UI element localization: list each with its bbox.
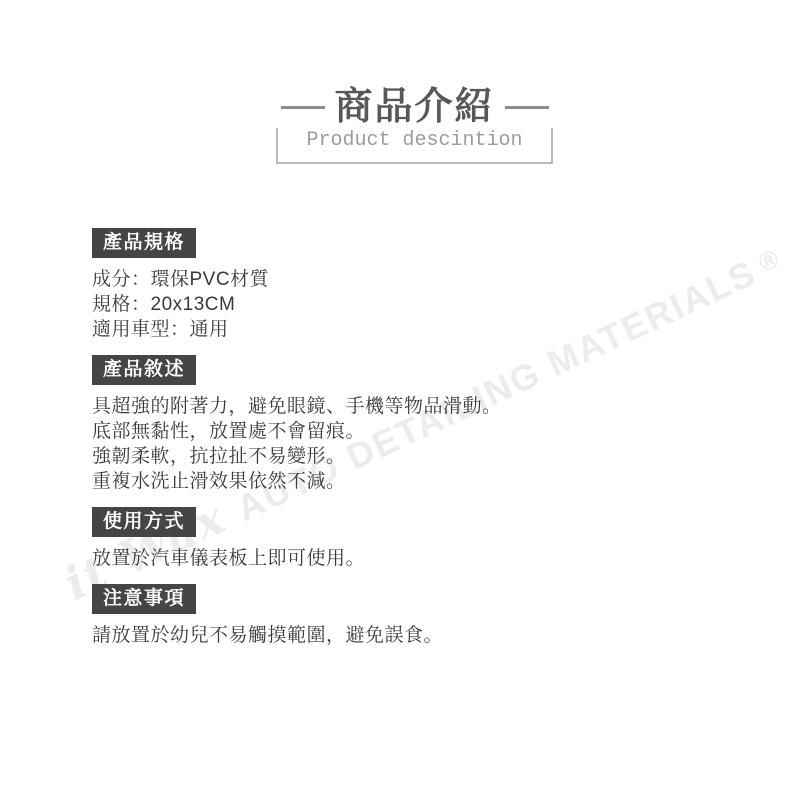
description-line-4: 重複水洗止滑效果依然不減。 [92, 469, 742, 494]
page-title: 商品介紹 [334, 88, 494, 128]
usage-line: 放置於汽車儀表板上即可使用。 [92, 546, 742, 571]
section-badge-product-description: 產品敘述 [92, 355, 196, 385]
section-product-specs: 產品規格 成分：環保PVC材質 規格：20x13CM 適用車型：通用 [92, 228, 742, 342]
description-line-1: 具超強的附著力，避免眼鏡、手機等物品滑動。 [92, 394, 742, 419]
spec-line-material: 成分：環保PVC材質 [92, 267, 742, 292]
title-line-left [280, 106, 324, 109]
title-line-right [505, 106, 549, 109]
precaution-line: 請放置於幼兒不易觸摸範圍，避免誤食。 [92, 623, 742, 648]
section-badge-usage: 使用方式 [92, 507, 196, 537]
page-title-row: 商品介紹 [272, 88, 556, 128]
section-product-description: 產品敘述 具超強的附著力，避免眼鏡、手機等物品滑動。 底部無黏性，放置處不會留痕… [92, 355, 742, 494]
section-usage: 使用方式 放置於汽車儀表板上即可使用。 [92, 507, 742, 571]
description-line-3: 強韌柔軟，抗拉扯不易變形。 [92, 444, 742, 469]
product-intro-header-box: 商品介紹 Product descintion [276, 106, 553, 164]
product-details: 產品規格 成分：環保PVC材質 規格：20x13CM 適用車型：通用 產品敘述 … [92, 228, 742, 661]
section-precautions: 注意事項 請放置於幼兒不易觸摸範圍，避免誤食。 [92, 584, 742, 648]
spec-line-car-model: 適用車型：通用 [92, 317, 742, 342]
description-line-2: 底部無黏性，放置處不會留痕。 [92, 419, 742, 444]
section-badge-precautions: 注意事項 [92, 584, 196, 614]
spec-line-size: 規格：20x13CM [92, 292, 742, 317]
section-badge-product-specs: 產品規格 [92, 228, 196, 258]
registered-trademark-icon: ® [753, 243, 783, 278]
page-subtitle: Product descintion [278, 129, 551, 152]
